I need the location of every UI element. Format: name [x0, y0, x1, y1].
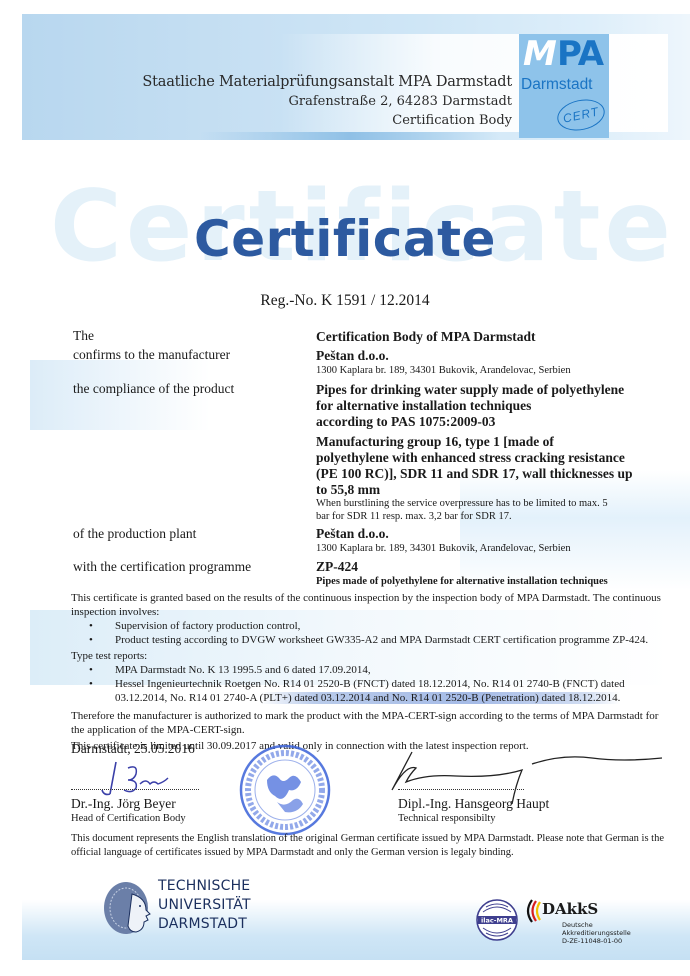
dakks-logo: DAkkS Deutsche Akkreditierungsstelle D-Z…: [522, 898, 652, 948]
row-label-manufacturer: confirms to the manufacturer: [73, 347, 230, 363]
institute-address: Grafenstraße 2, 64283 Darmstadt: [288, 94, 512, 109]
inspection-list: Supervision of factory production contro…: [71, 619, 671, 647]
row-label-product: the compliance of the product: [73, 381, 234, 397]
plant-address: 1300 Kaplara br. 189, 34301 Bukovik, Ara…: [316, 542, 571, 555]
translation-note: This document represents the English tra…: [71, 832, 671, 860]
signatory-role: Head of Certification Body: [71, 813, 186, 824]
manufacturer-name: Peštan d.o.o.: [316, 348, 389, 364]
manufacturer-address: 1300 Kaplara br. 189, 34301 Bukovik, Ara…: [316, 364, 571, 377]
reports-heading: Type test reports:: [71, 649, 671, 663]
cert-badge-icon: CERT: [554, 95, 607, 134]
signature-line: [71, 789, 199, 790]
header-band-accent: [200, 132, 500, 140]
highlighted-text: (PLT+) dated 03.12.2014 and No. R14 01 2…: [260, 692, 621, 704]
product-specification: Manufacturing group 16, type 1 [made of …: [316, 434, 633, 498]
place-date: Darmstadt, 25.05.2016: [71, 741, 195, 757]
reports-list: MPA Darmstadt No. K 13 1995.5 and 6 date…: [71, 663, 671, 705]
certification-body-value: Certification Body of MPA Darmstadt: [316, 329, 535, 345]
inspection-intro: This certificate is granted based on the…: [71, 591, 671, 619]
mpa-darmstadt-logo: M PA Darmstadt CERT: [519, 34, 609, 138]
authorization-text: Therefore the manufacturer is authorized…: [71, 709, 671, 737]
signature-beyer-icon: [88, 758, 198, 798]
logo-pa: PA: [557, 34, 603, 74]
institute-role: Certification Body: [392, 113, 512, 128]
plant-name: Peštan d.o.o.: [316, 526, 389, 542]
ilac-mra-logo-icon: ilac-MRA: [475, 898, 519, 942]
list-item: MPA Darmstadt No. K 13 1995.5 and 6 date…: [115, 663, 671, 677]
logo-m: M: [523, 34, 554, 74]
registration-number: Reg.-No. K 1591 / 12.2014: [0, 292, 690, 310]
list-item: Hessel Ingenieurtechnik Roetgen No. R14 …: [115, 677, 671, 705]
product-note: When burstlining the service overpressur…: [316, 497, 608, 523]
certificate-title: Certificate: [0, 210, 690, 268]
row-label-production-plant: of the production plant: [73, 526, 196, 542]
svg-text:ilac-MRA: ilac-MRA: [481, 917, 513, 925]
tu-darmstadt-logo: TECHNISCHE UNIVERSITÄT DARMSTADT: [158, 877, 251, 934]
row-label-the: The: [73, 328, 94, 344]
signatory-name: Dipl.-Ing. Hansgeorg Haupt: [398, 796, 549, 812]
signatory-name: Dr.-Ing. Jörg Beyer: [71, 796, 176, 812]
institute-name: Staatliche Materialprüfungsanstalt MPA D…: [142, 74, 512, 90]
product-description: Pipes for drinking water supply made of …: [316, 382, 624, 430]
inspection-section: This certificate is granted based on the…: [71, 591, 671, 753]
programme-description: Pipes made of polyethylene for alternati…: [316, 575, 608, 588]
signature-line: [398, 789, 524, 790]
logo-city: Darmstadt: [521, 76, 593, 94]
official-stamp-icon: [237, 742, 333, 838]
list-item: Product testing according to DVGW worksh…: [115, 633, 671, 647]
dakks-arcs-icon: [522, 898, 544, 924]
programme-code: ZP-424: [316, 559, 358, 575]
athena-head-icon: [102, 880, 154, 936]
list-item: Supervision of factory production contro…: [115, 619, 671, 633]
row-label-programme: with the certification programme: [73, 559, 251, 575]
signatory-role: Technical responsibilty: [398, 813, 496, 824]
